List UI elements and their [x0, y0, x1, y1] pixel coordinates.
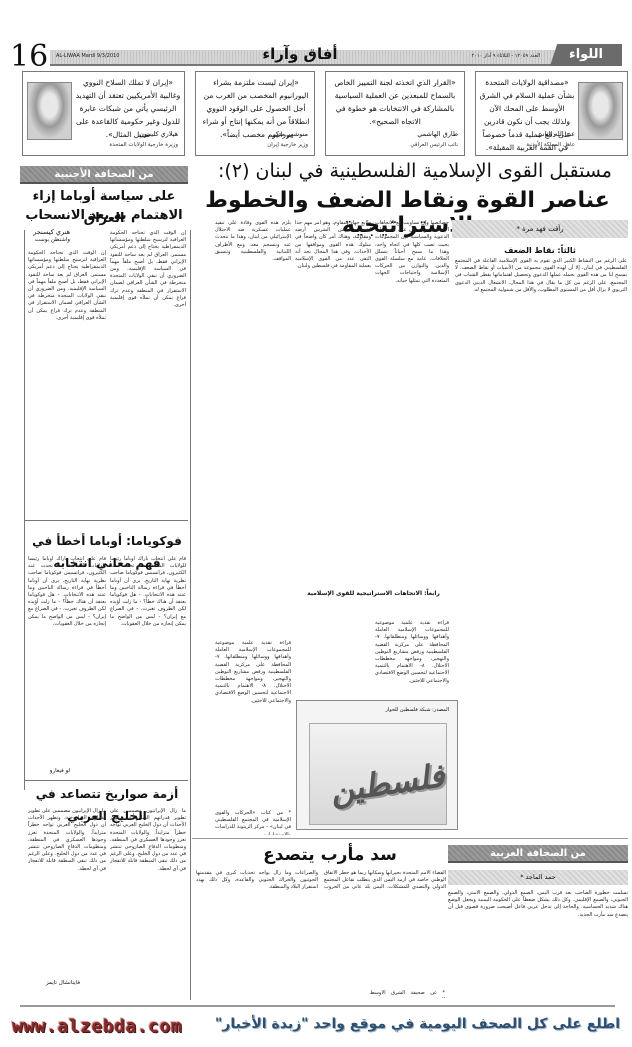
main-body-col-5: قراءة نقدية علمية موضوعية للمجموعات الإس… [215, 640, 291, 800]
foreign-article-1-body-left: إن الوقت الذي تحتاجه الحكومة العراقية لت… [28, 250, 106, 510]
dam-article-body: القضاء الأمم المتحدة بجيرانها وسكانها رب… [196, 870, 446, 995]
quote-box-clinton: «إيران لا تملك السلاح النووي وغالبية الأ… [22, 71, 185, 156]
foreign-press-section-label: من الصحافة الأجنبية [20, 166, 188, 184]
dam-article-headline: سد مأرب يتصدع [240, 845, 420, 865]
byline-outlet: واشنطن بوست [30, 237, 70, 243]
foreign-article-2-byline: لو فيغارو [30, 768, 70, 774]
arab-press-section-label: من الصحافة العربية [448, 845, 628, 863]
quote-box-mottaki: «إيران ليست ملتزمة بشراء اليورانيوم المخ… [195, 71, 315, 156]
edition-date-ar: العدد ١٢٠٥٩ - الثلاثاء ٩ آذار ٢٠١٠ [400, 53, 540, 59]
dam-article-footnote: * عن صحيفة الشرق الأوسط السعودية. [370, 990, 445, 998]
cartoon-image: المصدر: شبكة فلسطين للحوار فلسطين [296, 700, 458, 830]
divider [24, 520, 188, 521]
column-rule [190, 230, 191, 1000]
quote-role: وزير خارجية إيران [198, 142, 308, 148]
quote-role: وزيرة خارجية الولايات المتحدة [72, 142, 178, 148]
foreign-article-3-body-left: ما زال الإيرانيون مصممين على تطوير قدرات… [28, 808, 106, 978]
footer-promo-text: اطلع على كل الصحف اليومية في موقع واحد "… [200, 1016, 620, 1032]
page-number: 16 [10, 42, 48, 72]
divider [24, 780, 188, 781]
quote-name: طارق الهاشمي [328, 130, 458, 138]
divider [192, 838, 628, 839]
edition-date-en: AL-LIWAA Mardi 9/3/2010 [56, 53, 119, 59]
column-rule [24, 230, 25, 790]
main-body-col-2: خصائصها وإن تساويت مع الاتجاهات الإسلامي… [375, 220, 449, 620]
byline-name: هنري كيسنجر [30, 228, 70, 236]
footer-rule [20, 1005, 615, 1007]
article-author: رأفت فهد مرة * [452, 220, 628, 238]
portrait-photo [27, 82, 72, 140]
main-body-col-1: على الرغم من النشاط الكبير الذي تقوم به … [455, 258, 627, 838]
main-body-col-6: قراءة نقدية علمية موضوعية للمجموعات الإس… [375, 620, 449, 695]
quote-box-abdullah: «مصداقية الولايات المتحدة بشأن عملية الس… [475, 71, 628, 156]
arab-press-author: حمد الماجد * [448, 870, 628, 885]
section-title: أفاق وآراء [240, 45, 360, 63]
foreign-article-2-body-left: قام على انتخاب باراك أوباما رئيساً للولا… [28, 556, 106, 766]
quote-text: «القرار الذي اتخذته لجنة التمييز الخاص ب… [330, 76, 460, 128]
subhead-weaknesses: ثالثاً: نقاط الضعف [452, 246, 628, 255]
portrait-photo [578, 82, 623, 140]
article-kicker: مستقبل القوى الإسلامية الفلسطينية في لبن… [205, 160, 625, 182]
quote-role: عاهل المملكة الأردنية [479, 142, 575, 148]
subhead-strategic: رابعاً: الاتجاهات الاستراتيجية للقوى الإ… [296, 590, 451, 597]
quote-box-hashemi: «القرار الذي اتخذته لجنة التمييز الخاص ب… [325, 71, 465, 156]
cartoon-label: المصدر: شبكة فلسطين للحوار [386, 707, 450, 713]
foreign-article-1-body-right: إن الوقت الذي تحتاجه الحكومة العراقية لت… [110, 230, 186, 510]
main-article-footnote: * من كتاب «الحركات والقوى الإسلامية في ا… [215, 810, 291, 835]
cartoon-frame: فلسطين [309, 723, 447, 825]
quote-role: نائب الرئيس العراقي [328, 142, 458, 148]
foreign-article-1-headline-2: الاهتمام به بعد الانسحاب [20, 205, 188, 227]
quote-name: عبد الله الثاني [479, 130, 575, 138]
main-body-col-4: يلزم هذه القوى وقادة على تنفيذ عمليات عس… [215, 220, 291, 640]
foreign-article-3-byline: فاينانشال تايمز [30, 980, 80, 986]
quote-name: منوشهر متكي [198, 130, 308, 138]
foreign-article-3-body-right: ما زال الإيرانيون مصممين على تطوير قدرات… [110, 808, 186, 998]
main-body-col-3: طابع جهاد ومقاوم، وهو أمر مهم جداً لشعب … [295, 220, 371, 640]
cartoon-art-text: فلسطين [328, 756, 447, 810]
quote-name: هيلاري كلينتون [72, 130, 178, 138]
foreign-article-2-body-right: قام على انتخاب باراك أوباما رئيساً للولا… [110, 556, 186, 776]
arab-press-body: تسلمت خطورة الصاحب بعد قرب اليمن، الصمع … [448, 890, 628, 1000]
newspaper-logo: اللواء [550, 44, 622, 66]
footer-website-link[interactable]: www.alzebda.com [12, 1016, 182, 1037]
